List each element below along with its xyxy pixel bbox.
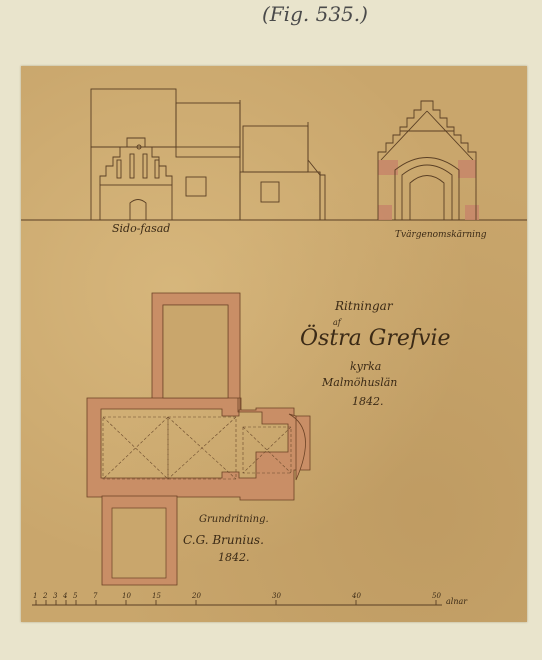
side-elevation xyxy=(91,89,325,220)
signature: C.G. Brunius. xyxy=(183,533,264,547)
scale-tick-5: 5 xyxy=(73,592,77,600)
scale-unit: alnar xyxy=(446,597,467,606)
title-kyrka: kyrka xyxy=(350,360,381,373)
signature-year: 1842. xyxy=(218,551,250,564)
elevation-caption: Sido-fasad xyxy=(112,222,170,235)
scale-tick-40: 40 xyxy=(352,592,361,600)
plan-caption: Grundritning. xyxy=(199,514,269,525)
scale-tick-2: 2 xyxy=(43,592,47,600)
architectural-drawing xyxy=(0,0,542,660)
scale-tick-3: 3 xyxy=(53,592,57,600)
title-province: Malmöhuslän xyxy=(322,376,397,389)
scale-tick-20: 20 xyxy=(192,592,201,600)
scale-tick-4: 4 xyxy=(63,592,67,600)
title-year: 1842. xyxy=(352,395,384,408)
title-church-name: Östra Grefvie xyxy=(300,326,451,351)
scale-tick-10: 10 xyxy=(122,592,131,600)
scale-bar xyxy=(32,600,442,605)
scale-tick-30: 30 xyxy=(272,592,281,600)
section-caption: Tvärgenomskärning xyxy=(395,230,487,240)
scale-tick-15: 15 xyxy=(152,592,161,600)
cross-section xyxy=(378,101,479,220)
scale-tick-1: 1 xyxy=(33,592,37,600)
title-ritningar: Ritningar xyxy=(335,299,393,313)
scale-tick-7: 7 xyxy=(93,592,97,600)
scale-tick-50: 50 xyxy=(432,592,441,600)
